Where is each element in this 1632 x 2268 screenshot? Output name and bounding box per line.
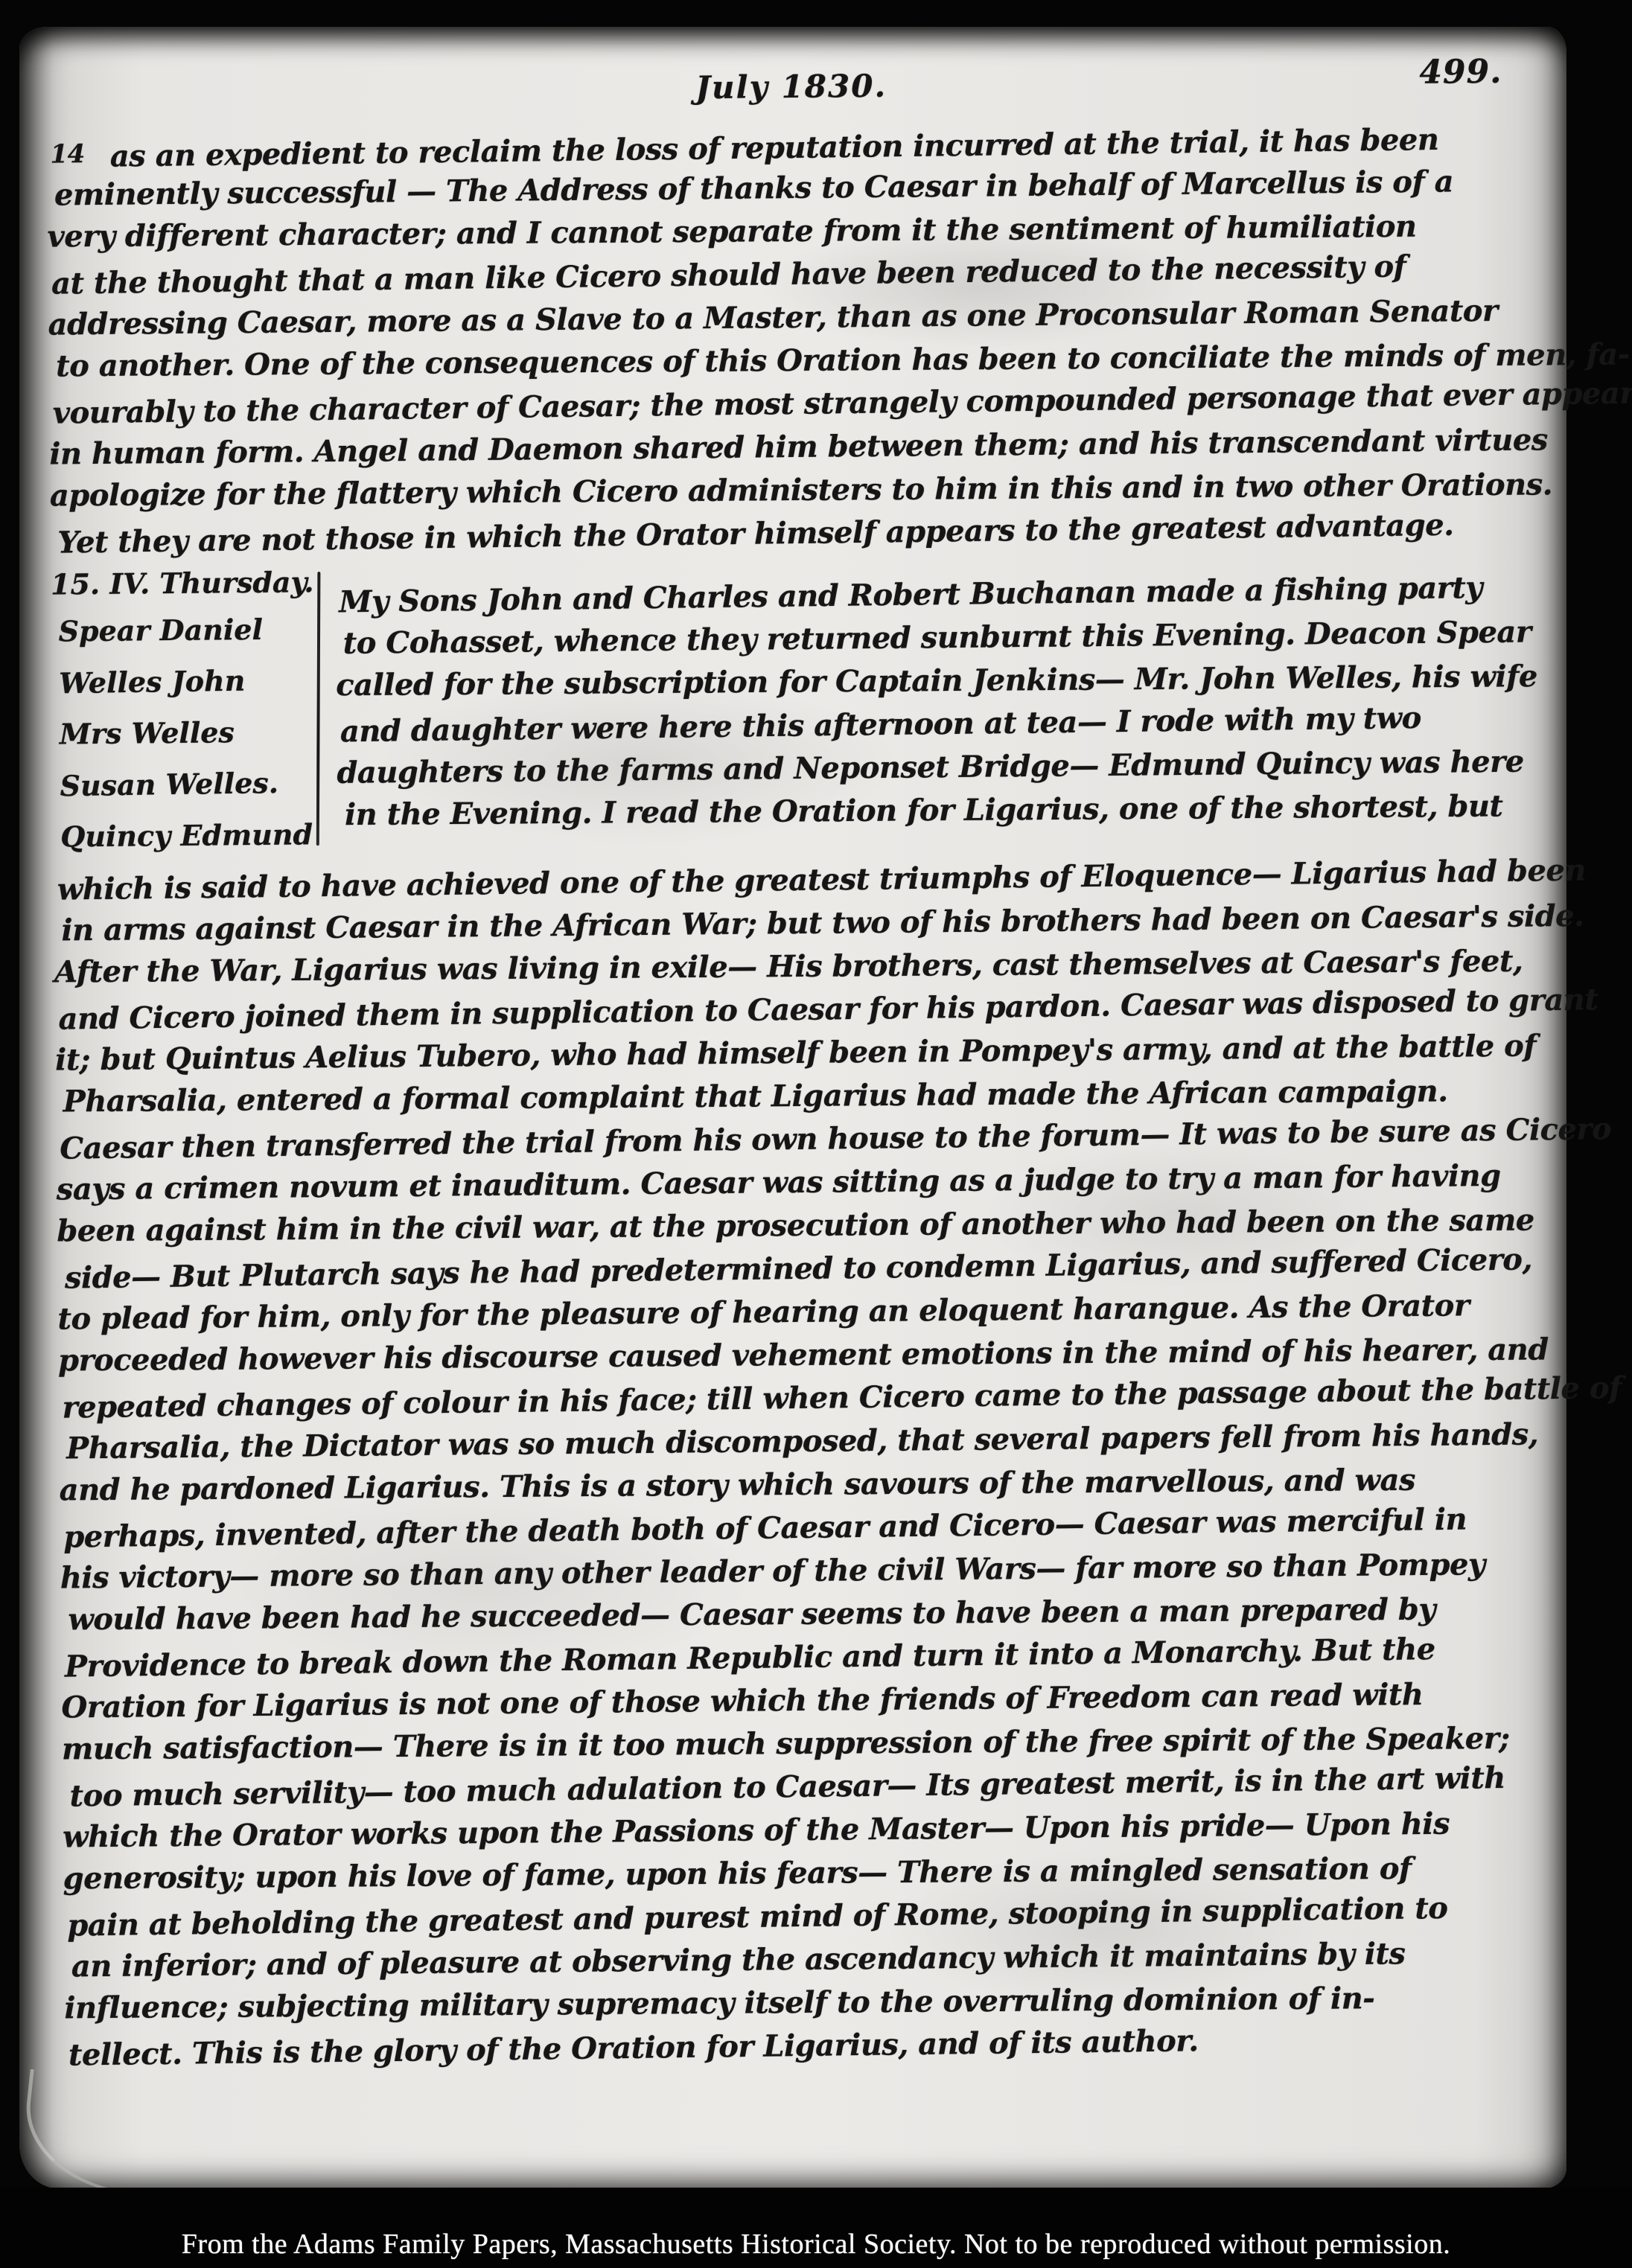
manuscript-scan: July 1830. 499. 14as an expedient to rec… bbox=[0, 0, 1632, 2268]
visitor-name: Susan Welles. bbox=[52, 756, 309, 811]
entry-body-text: which is said to have achieved one of th… bbox=[54, 852, 1555, 2074]
diary-entry-15: 15. IV. Thursday. Spear Daniel Welles Jo… bbox=[51, 549, 1544, 863]
visitor-name: Welles John bbox=[51, 654, 308, 709]
entry-line: in the Evening. I read the Oration for L… bbox=[337, 785, 1543, 837]
margin-day-number: 14 bbox=[50, 132, 85, 176]
entry-opening-text: My Sons John and Charles and Robert Buch… bbox=[335, 549, 1543, 838]
footer-credit: From the Adams Family Papers, Massachuse… bbox=[182, 2228, 1450, 2268]
visitor-list: 15. IV. Thursday. Spear Daniel Welles Jo… bbox=[51, 561, 310, 862]
visitor-name: Spear Daniel bbox=[51, 603, 307, 657]
manuscript-page: July 1830. 499. 14as an expedient to rec… bbox=[19, 27, 1566, 2188]
visitor-name: Mrs Welles bbox=[52, 706, 309, 759]
page-number: 499. bbox=[1419, 53, 1502, 92]
footer-credit-band: From the Adams Family Papers, Massachuse… bbox=[0, 2188, 1632, 2268]
page-content: July 1830. 499. 14as an expedient to rec… bbox=[11, 19, 1579, 2196]
date-heading: July 1830. bbox=[45, 61, 1536, 112]
entry-date-label: 15. IV. Thursday. bbox=[51, 561, 307, 605]
margin-divider bbox=[316, 572, 321, 846]
diary-entry-14: 14as an expedient to reclaim the loss of… bbox=[46, 116, 1540, 562]
visitor-name: Quincy Edmund bbox=[53, 808, 310, 862]
